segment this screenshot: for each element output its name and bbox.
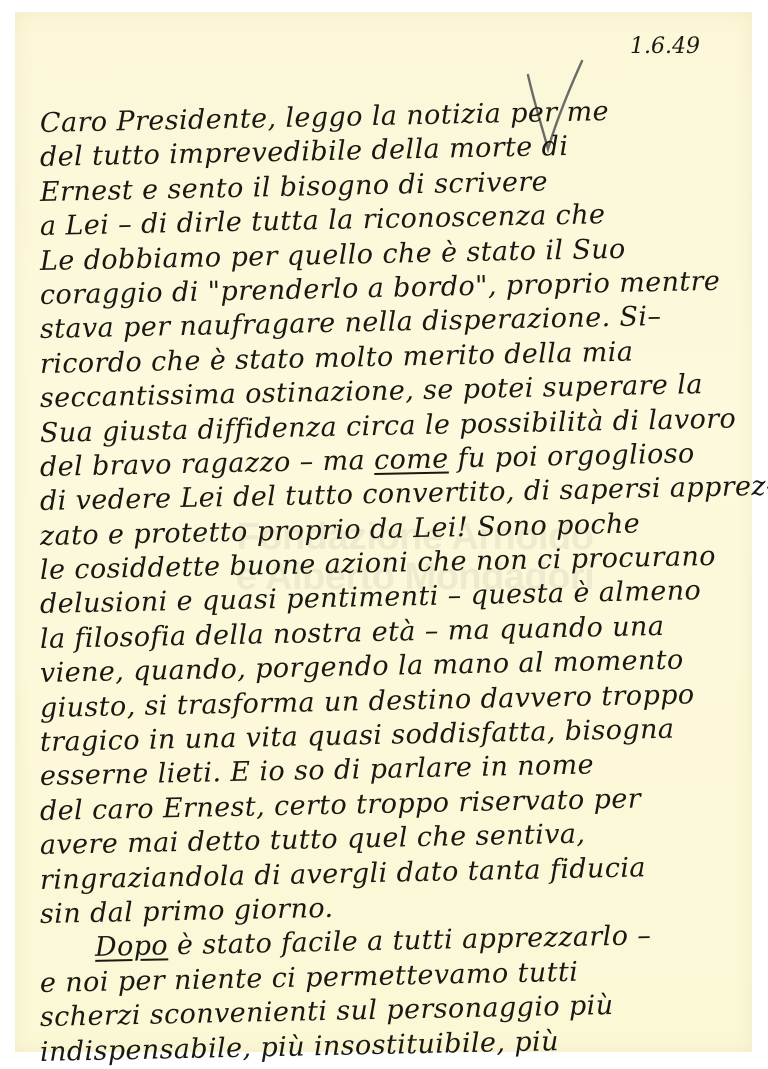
letter-body: Caro Presidente, leggo la notizia per me…	[40, 107, 755, 1069]
underlined-word: Dopo	[95, 931, 169, 964]
underlined-word: come	[374, 443, 449, 476]
letter-date: 1.6.49	[630, 34, 700, 59]
letter-page: Fondazione Arnoldo e Alberto Mondadori 1…	[15, 12, 752, 1052]
